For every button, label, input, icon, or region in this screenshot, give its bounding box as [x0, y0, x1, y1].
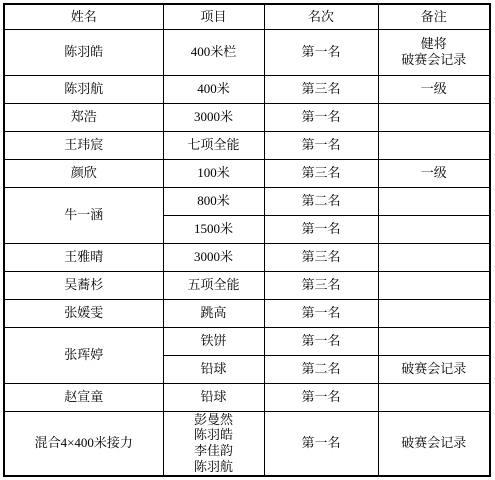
table-row: 赵宣童 铅球 第一名 — [4, 383, 490, 411]
cell-note: 破赛会记录 — [378, 355, 490, 383]
cell-event: 铅球 — [163, 383, 264, 411]
table-row: 牛一涵 800米 第二名 — [4, 187, 490, 215]
cell-rank: 第二名 — [264, 187, 378, 215]
table-row: 颜欣 100米 第三名 一级 — [4, 159, 490, 187]
cell-event: 800米 — [163, 187, 264, 215]
cell-note — [378, 327, 490, 355]
cell-rank: 第一名 — [264, 131, 378, 159]
header-name: 姓名 — [4, 4, 163, 29]
cell-name: 张媛雯 — [4, 299, 163, 327]
cell-name: 牛一涵 — [4, 187, 163, 243]
cell-name: 赵宣童 — [4, 383, 163, 411]
cell-note — [378, 131, 490, 159]
table-row: 吴蕎杉 五项全能 第三名 — [4, 271, 490, 299]
cell-rank: 第一名 — [264, 299, 378, 327]
cell-name: 混合4×400米接力 — [4, 411, 163, 476]
cell-rank: 第一名 — [264, 327, 378, 355]
cell-event: 3000米 — [163, 243, 264, 271]
cell-rank: 第一名 — [264, 215, 378, 243]
table-row: 郑浩 3000米 第一名 — [4, 103, 490, 131]
cell-rank: 第三名 — [264, 75, 378, 103]
cell-rank: 第一名 — [264, 29, 378, 75]
cell-rank: 第三名 — [264, 243, 378, 271]
header-note: 备注 — [378, 4, 490, 29]
cell-note — [378, 187, 490, 215]
cell-note — [378, 271, 490, 299]
cell-name: 王雅晴 — [4, 243, 163, 271]
cell-note — [378, 383, 490, 411]
cell-rank: 第三名 — [264, 271, 378, 299]
cell-name: 颜欣 — [4, 159, 163, 187]
cell-rank: 第二名 — [264, 355, 378, 383]
header-rank: 名次 — [264, 4, 378, 29]
cell-rank: 第三名 — [264, 159, 378, 187]
cell-name: 吴蕎杉 — [4, 271, 163, 299]
table-row: 张珲婷 铁饼 第一名 — [4, 327, 490, 355]
cell-name: 郑浩 — [4, 103, 163, 131]
table-row: 陈羽航 400米 第三名 一级 — [4, 75, 490, 103]
cell-note: 一级 — [378, 75, 490, 103]
cell-event: 400米栏 — [163, 29, 264, 75]
cell-name: 王玮宸 — [4, 131, 163, 159]
cell-event: 七项全能 — [163, 131, 264, 159]
cell-event: 铅球 — [163, 355, 264, 383]
cell-note: 一级 — [378, 159, 490, 187]
header-event: 项目 — [163, 4, 264, 29]
cell-note — [378, 243, 490, 271]
cell-event: 1500米 — [163, 215, 264, 243]
cell-event: 400米 — [163, 75, 264, 103]
cell-name: 陈羽皓 — [4, 29, 163, 75]
cell-note — [378, 215, 490, 243]
table-row: 混合4×400米接力 彭曼然 陈羽皓 李佳韵 陈羽航 第一名 破赛会记录 — [4, 411, 490, 476]
table-row: 王雅晴 3000米 第三名 — [4, 243, 490, 271]
cell-event: 3000米 — [163, 103, 264, 131]
cell-name: 陈羽航 — [4, 75, 163, 103]
cell-name: 张珲婷 — [4, 327, 163, 383]
cell-rank: 第一名 — [264, 411, 378, 476]
table-row: 张媛雯 跳高 第一名 — [4, 299, 490, 327]
cell-event: 彭曼然 陈羽皓 李佳韵 陈羽航 — [163, 411, 264, 476]
header-row: 姓名 项目 名次 备注 — [4, 4, 490, 29]
cell-event: 五项全能 — [163, 271, 264, 299]
cell-note — [378, 103, 490, 131]
cell-rank: 第一名 — [264, 383, 378, 411]
cell-event: 跳高 — [163, 299, 264, 327]
table-row: 陈羽皓 400米栏 第一名 健将 破赛会记录 — [4, 29, 490, 75]
cell-note: 破赛会记录 — [378, 411, 490, 476]
cell-event: 100米 — [163, 159, 264, 187]
table-row: 王玮宸 七项全能 第一名 — [4, 131, 490, 159]
cell-rank: 第一名 — [264, 103, 378, 131]
cell-event: 铁饼 — [163, 327, 264, 355]
cell-note: 健将 破赛会记录 — [378, 29, 490, 75]
document-page: 姓名 项目 名次 备注 陈羽皓 400米栏 第一名 健将 破赛会记录 陈羽航 4… — [0, 0, 495, 480]
cell-note — [378, 299, 490, 327]
results-table: 姓名 项目 名次 备注 陈羽皓 400米栏 第一名 健将 破赛会记录 陈羽航 4… — [3, 3, 491, 477]
